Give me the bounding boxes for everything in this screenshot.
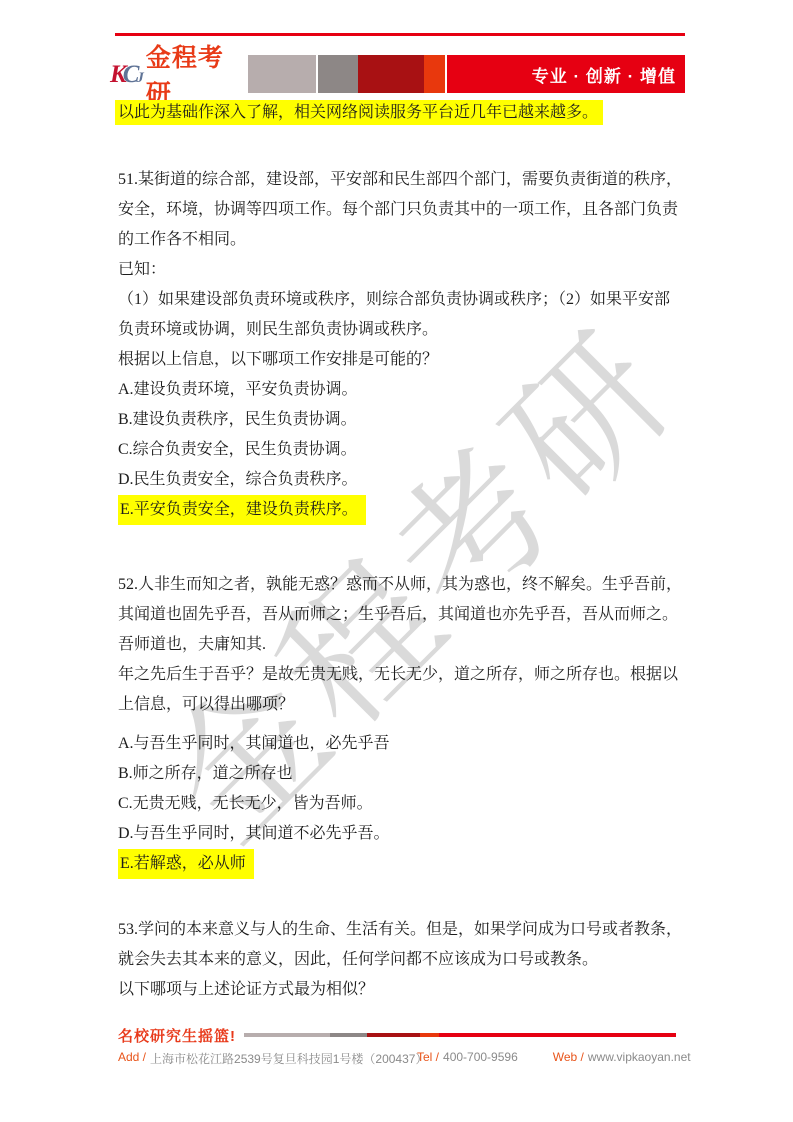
rule-segment-red — [439, 1033, 676, 1037]
address-value: 上海市松花江路2539号复旦科技园1号楼（200437） — [150, 1050, 427, 1067]
telephone-label: Tel / — [417, 1050, 439, 1067]
logo-kcj-monogram: KCJ — [110, 62, 144, 87]
question-53-stem-line: 以下哪项与上述论证方式最为相似？ — [118, 975, 680, 1005]
question-52-option-c: C.无贵无贱，无长无少，皆为吾师。 — [118, 789, 680, 819]
question-52-stem-line: 52.人非生而知之者，孰能无惑？惑而不从师，其为惑也，终不解矣。生乎吾前， — [118, 570, 680, 600]
footer-tagline: 名校研究生摇篮! — [118, 1025, 236, 1046]
question-51-stem-line: 安全，环境，协调等四项工作。每个部门只负责其中的一项工作，且各部门负责 — [118, 195, 680, 225]
bar-segment-light-gray — [248, 55, 316, 93]
question-52-stem-line: 年之先后生于吾乎？是故无贵无贱，无长无少，道之所存，师之所存也。根据以 — [118, 660, 680, 690]
question-52-option-a: A.与吾生乎同时，其闻道也，必先乎吾 — [118, 729, 680, 759]
brand-slogan: 专业 · 创新 · 增值 — [532, 62, 685, 87]
bar-segment-dark-red — [358, 55, 424, 93]
question-51-option-e-highlighted: E.平安负责安全，建设负责秩序。 — [118, 495, 680, 525]
website-value: www.vipkaoyan.net — [588, 1050, 691, 1067]
website-label: Web / — [553, 1050, 584, 1067]
footer-telephone: Tel / 400-700-9596 — [417, 1050, 518, 1067]
intro-highlighted-line: 以此为基础作深入了解，相关网络阅读服务平台近几年已越来越多。 — [115, 100, 603, 125]
bar-segment-red: 专业 · 创新 · 增值 — [447, 55, 685, 93]
question-53-stem-line: 53.学问的本来意义与人的生命、生活有关。但是，如果学问成为口号或者教条， — [118, 915, 680, 945]
question-52: 52.人非生而知之者，孰能无惑？惑而不从师，其为惑也，终不解矣。生乎吾前， 其闻… — [118, 570, 680, 879]
header-color-bar: 专业 · 创新 · 增值 — [248, 55, 685, 93]
question-51-stem-line: 已知： — [118, 255, 680, 285]
question-51-option-a: A.建设负责环境，平安负责协调。 — [118, 375, 680, 405]
question-52-option-e-highlighted: E.若解惑，必从师 — [118, 849, 680, 879]
page-footer: 名校研究生摇篮! Add / 上海市松花江路2539号复旦科技园1号楼（2004… — [118, 1026, 676, 1067]
question-51-option-c: C.综合负责安全，民生负责协调。 — [118, 435, 680, 465]
bar-segment-orange — [424, 55, 445, 93]
question-51-stem-line: （1）如果建设部负责环境或秩序，则综合部负责协调或秩序；（2）如果平安部 — [118, 285, 680, 315]
top-divider-rule — [115, 33, 685, 36]
question-51-stem-line: 负责环境或协调，则民生部负责协调或秩序。 — [118, 315, 680, 345]
brand-logo: KCJ 金程考研 — [110, 55, 248, 93]
highlight-text: 以此为基础作深入了解，相关网络阅读服务平台近几年已越来越多。 — [115, 100, 603, 125]
telephone-value: 400-700-9596 — [443, 1050, 518, 1067]
question-51-stem-line: 51.某街道的综合部，建设部，平安部和民生部四个部门，需要负责街道的秩序， — [118, 165, 680, 195]
question-53-stem-line: 就会失去其本来的意义，因此，任何学问都不应该成为口号或教条。 — [118, 945, 680, 975]
rule-segment-light-gray — [244, 1033, 330, 1037]
question-52-option-d: D.与吾生乎同时，其间道不必先乎吾。 — [118, 819, 680, 849]
question-52-stem-line: 其闻道也固先乎吾，吾从而师之；生乎吾后，其闻道也亦先乎吾，吾从而师之。 — [118, 600, 680, 630]
footer-address: Add / 上海市松花江路2539号复旦科技园1号楼（200437） — [118, 1050, 417, 1067]
highlight-text: E.若解惑，必从师 — [118, 849, 254, 879]
question-51-stem-line: 的工作各不相同。 — [118, 225, 680, 255]
question-52-stem-line: 吾师道也，夫庸知其. — [118, 630, 680, 660]
rule-segment-dark-red — [367, 1033, 420, 1037]
address-label: Add / — [118, 1050, 146, 1067]
question-52-options: A.与吾生乎同时，其闻道也，必先乎吾 B.师之所存，道之所存也 C.无贵无贱，无… — [118, 729, 680, 879]
highlight-text: E.平安负责安全，建设负责秩序。 — [118, 495, 366, 525]
question-51-stem-line: 根据以上信息，以下哪项工作安排是可能的？ — [118, 345, 680, 375]
question-53: 53.学问的本来意义与人的生命、生活有关。但是，如果学问成为口号或者教条， 就会… — [118, 915, 680, 1005]
document-body: 51.某街道的综合部，建设部，平安部和民生部四个部门，需要负责街道的秩序， 安全… — [118, 165, 680, 1005]
footer-website: Web / www.vipkaoyan.net — [553, 1050, 691, 1067]
question-51: 51.某街道的综合部，建设部，平安部和民生部四个部门，需要负责街道的秩序， 安全… — [118, 165, 680, 525]
question-51-option-d: D.民生负责安全，综合负责秩序。 — [118, 465, 680, 495]
footer-tagline-row: 名校研究生摇篮! — [118, 1026, 676, 1044]
footer-color-rule — [244, 1033, 676, 1037]
question-52-option-b: B.师之所存，道之所存也 — [118, 759, 680, 789]
rule-segment-mid-gray — [330, 1033, 367, 1037]
question-52-stem-line: 上信息，可以得出哪项？ — [118, 690, 680, 720]
bar-segment-mid-gray — [318, 55, 358, 93]
page-header: KCJ 金程考研 专业 · 创新 · 增值 — [110, 55, 685, 93]
question-51-option-b: B.建设负责秩序，民生负责协调。 — [118, 405, 680, 435]
rule-segment-orange — [420, 1033, 439, 1037]
footer-contact-row: Add / 上海市松花江路2539号复旦科技园1号楼（200437） Tel /… — [118, 1050, 676, 1067]
